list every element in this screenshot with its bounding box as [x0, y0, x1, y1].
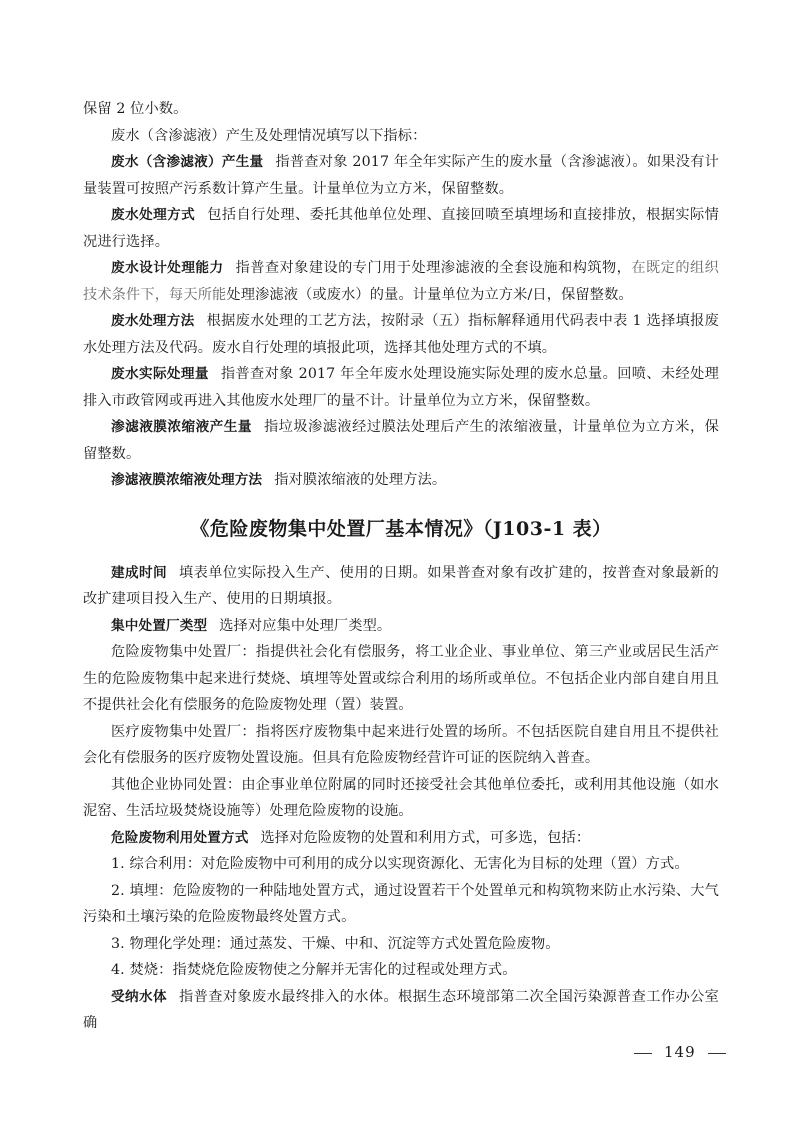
paragraph-text: 3. 物理化学处理：通过蒸发、干燥、中和、沉淀等方式处置危险废物。 — [111, 936, 560, 952]
paragraph-disposal-methods: 危险废物利用处置方式选择对危险废物的处置和利用方式，可多选，包括： — [83, 825, 719, 852]
paragraph-plant-type: 集中处置厂类型选择对应集中处理厂类型。 — [83, 613, 719, 640]
document-page: 保留 2 位小数。 废水（含渗滤液）产生及处理情况填写以下指标： 废水（含渗滤液… — [83, 96, 719, 1037]
paragraph-wastewater-intro: 废水（含渗滤液）产生及处理情况填写以下指标： — [83, 123, 719, 150]
term-label: 废水设计处理能力 — [111, 260, 224, 276]
term-label: 废水实际处理量 — [111, 366, 209, 382]
paragraph-text: 填表单位实际投入生产、使用的日期。如果普查对象有改扩建的，按普查对象最新的改扩建… — [83, 565, 719, 608]
term-label: 废水处理方式 — [111, 207, 195, 223]
page-number-text: 149 — [664, 1043, 696, 1061]
term-label: 集中处置厂类型 — [111, 618, 207, 634]
paragraph-text: 危险废物集中处置厂：指提供社会化有偿服务，将工业企业、事业单位、第三产业或居民生… — [83, 644, 719, 713]
page-number: 149 — [622, 1043, 738, 1061]
paragraph-text: 指普查对象建设的专门用于处理渗滤液的全套设施和构筑物， — [236, 260, 632, 276]
paragraph-wastewater-generation: 废水（含渗滤液）产生量指普查对象 2017 年全年实际产生的废水量（含渗滤液）。… — [83, 149, 719, 202]
list-item-physicochemical: 3. 物理化学处理：通过蒸发、干燥、中和、沉淀等方式处置危险废物。 — [83, 931, 719, 958]
paragraph-text: 2. 填埋：危险废物的一种陆地处置方式，通过设置若干个处置单元和构筑物来防止水污… — [83, 883, 719, 926]
paragraph-receiving-water: 受纳水体指普查对象废水最终排入的水体。根据生态环境部第二次全国污染源普查工作办公… — [83, 984, 719, 1037]
term-label: 受纳水体 — [111, 989, 167, 1005]
dash-right — [708, 1053, 726, 1054]
paragraph-co-disposal: 其他企业协同处置：由企事业单位附属的同时还接受社会其他单位委托，或利用其他设施（… — [83, 772, 719, 825]
paragraph-text: 选择对危险废物的处置和利用方式，可多选，包括： — [260, 830, 590, 846]
paragraph-text: 废水（含渗滤液）产生及处理情况填写以下指标： — [111, 128, 426, 144]
paragraph-completion-time: 建成时间填表单位实际投入生产、使用的日期。如果普查对象有改扩建的，按普查对象最新… — [83, 560, 719, 613]
paragraph-text: 处理渗滤液（或废水）的量。计量单位为立方米/日，保留整数。 — [226, 287, 632, 303]
paragraph-hazardous-plant: 危险废物集中处置厂：指提供社会化有偿服务，将工业企业、事业单位、第三产业或居民生… — [83, 639, 719, 719]
paragraph-treatment-method: 废水处理方法根据废水处理的工艺方法，按附录（五）指标解释通用代码表中表 1 选择… — [83, 308, 719, 361]
paragraph-text: 其他企业协同处置：由企事业单位附属的同时还接受社会其他单位委托，或利用其他设施（… — [83, 777, 719, 820]
paragraph-concentrate-method: 渗滤液膜浓缩液处理方法指对膜浓缩液的处理方法。 — [83, 467, 719, 494]
term-label: 建成时间 — [111, 565, 167, 581]
paragraph-text: 保留 2 位小数。 — [83, 101, 188, 117]
paragraph-text: 选择对应集中处理厂类型。 — [219, 618, 391, 634]
term-label: 渗滤液膜浓缩液处理方法 — [111, 472, 262, 488]
section-heading: 《危险废物集中处置厂基本情况》（J103-1 表） — [83, 514, 719, 544]
list-item-incineration: 4. 焚烧：指焚烧危险废物使之分解并无害化的过程或处理方式。 — [83, 957, 719, 984]
paragraph-actual-treatment: 废水实际处理量指普查对象 2017 年全年废水处理设施实际处理的废水总量。回喷、… — [83, 361, 719, 414]
list-item-comprehensive-use: 1. 综合利用：对危险废物中可利用的成分以实现资源化、无害化为目标的处理（置）方… — [83, 851, 719, 878]
paragraph-decimal-note: 保留 2 位小数。 — [83, 96, 719, 123]
dash-left — [634, 1053, 652, 1054]
paragraph-text: 指普查对象废水最终排入的水体。根据生态环境部第二次全国污染源普查工作办公室确 — [83, 989, 719, 1032]
paragraph-text: 医疗废物集中处置厂：指将医疗废物集中起来进行处置的场所。不包括医院自建自用且不提… — [83, 724, 719, 767]
paragraph-text: 指对膜浓缩液的处理方法。 — [274, 472, 446, 488]
paragraph-design-capacity: 废水设计处理能力指普查对象建设的专门用于处理渗滤液的全套设施和构筑物，在既定的组… — [83, 255, 719, 308]
term-label: 废水处理方法 — [111, 313, 195, 329]
paragraph-text: 1. 综合利用：对危险废物中可利用的成分以实现资源化、无害化为目标的处理（置）方… — [111, 856, 689, 872]
paragraph-concentrate-generation: 渗滤液膜浓缩液产生量指垃圾渗滤液经过膜法处理后产生的浓缩液量，计量单位为立方米，… — [83, 414, 719, 467]
paragraph-medical-plant: 医疗废物集中处置厂：指将医疗废物集中起来进行处置的场所。不包括医院自建自用且不提… — [83, 719, 719, 772]
list-item-landfill: 2. 填埋：危险废物的一种陆地处置方式，通过设置若干个处置单元和构筑物来防止水污… — [83, 878, 719, 931]
paragraph-text: 4. 焚烧：指焚烧危险废物使之分解并无害化的过程或处理方式。 — [111, 962, 517, 978]
term-label: 废水（含渗滤液）产生量 — [111, 154, 263, 170]
term-label: 危险废物利用处置方式 — [111, 830, 248, 846]
term-label: 渗滤液膜浓缩液产生量 — [111, 419, 252, 435]
paragraph-treatment-mode: 废水处理方式包括自行处理、委托其他单位处理、直接回喷至填埋场和直接排放，根据实际… — [83, 202, 719, 255]
